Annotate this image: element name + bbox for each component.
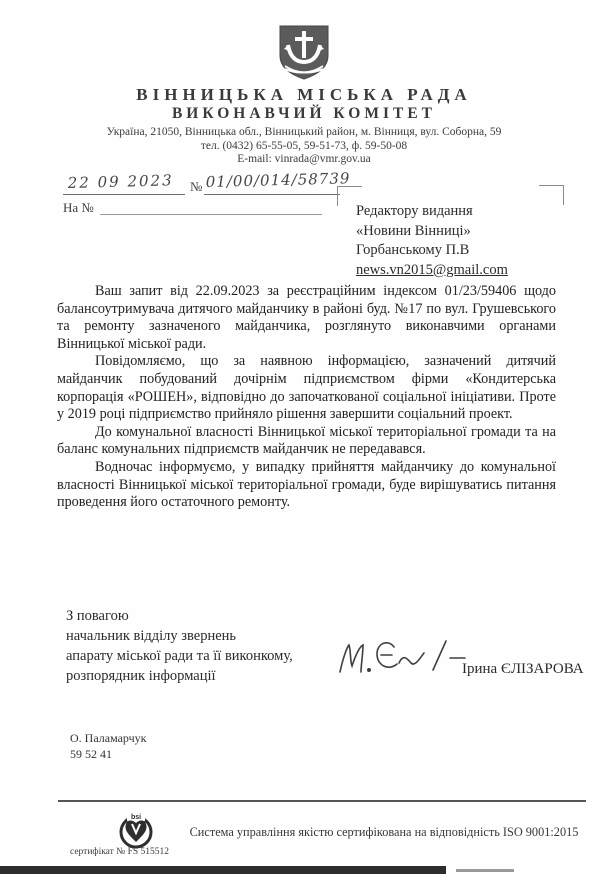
recipient-line: «Новини Вінниці» — [356, 222, 508, 242]
reply-to-label: На № — [63, 200, 94, 216]
scan-artifact-band — [0, 866, 446, 874]
executor-phone: 59 52 41 — [70, 747, 146, 763]
org-address: Україна, 21050, Вінницька обл., Вінницьк… — [0, 126, 608, 138]
recipient-block: Редактору видання «Новини Вінниці» Горба… — [356, 202, 508, 280]
body-paragraph: Повідомляємо, що за наявною інформацією,… — [57, 353, 556, 423]
footer-divider — [58, 800, 586, 802]
org-phone: тел. (0432) 65-55-05, 59-51-73, ф. 59-50… — [0, 140, 608, 152]
signoff-line: розпорядник інформації — [66, 666, 293, 686]
executor-block: О. Паламарчук 59 52 41 — [70, 731, 146, 762]
addressee-corner-mark-right — [539, 185, 564, 205]
number-underline — [204, 194, 340, 195]
recipient-line: Редактору видання — [356, 202, 508, 222]
signoff-line: З повагою — [66, 606, 293, 626]
scan-artifact-band — [456, 869, 514, 872]
scanned-letter-page: { "header": { "org_name": "ВІННИЦЬКА МІС… — [0, 0, 608, 874]
signer-name: Ірина ЄЛІЗАРОВА — [462, 661, 584, 678]
executor-name: О. Паламарчук — [70, 731, 146, 747]
signature-scribble — [336, 634, 468, 689]
reply-to-underline — [100, 214, 322, 215]
recipient-line: Горбанському П.В — [356, 241, 508, 261]
body-paragraph: До комунальної власності Вінницької місь… — [57, 424, 556, 459]
date-underline — [63, 194, 185, 195]
org-name: ВІННИЦЬКА МІСЬКА РАДА — [0, 85, 608, 105]
svg-text:bsi: bsi — [131, 814, 141, 821]
recipient-email: news.vn2015@gmail.com — [356, 261, 508, 281]
org-email: E-mail: vinrada@vmr.gov.ua — [0, 153, 608, 165]
body-paragraph: Водночас інформуємо, у випадку прийняття… — [57, 459, 556, 512]
number-sign-label: № — [190, 179, 202, 195]
signoff-line: апарату міської ради та її виконкому, — [66, 646, 293, 666]
signoff-block: З повагою начальник відділу звернень апа… — [66, 606, 293, 686]
body-paragraph: Ваш запит від 22.09.2023 за реєстраційни… — [57, 283, 556, 353]
vinnytsia-coat-of-arms-icon — [276, 24, 332, 87]
letter-body: Ваш запит від 22.09.2023 за реєстраційни… — [57, 283, 556, 512]
signoff-line: начальник відділу звернень — [66, 626, 293, 646]
handwritten-reg-number: 01/00/014/58739 — [206, 169, 351, 191]
iso-certification-text: Система управління якістю сертифікована … — [178, 825, 590, 840]
handwritten-date: 22 09 2023 — [68, 171, 174, 192]
org-unit: ВИКОНАВЧИЙ КОМІТЕТ — [0, 105, 608, 123]
certificate-number: сертифікат № FS 515512 — [70, 847, 169, 857]
